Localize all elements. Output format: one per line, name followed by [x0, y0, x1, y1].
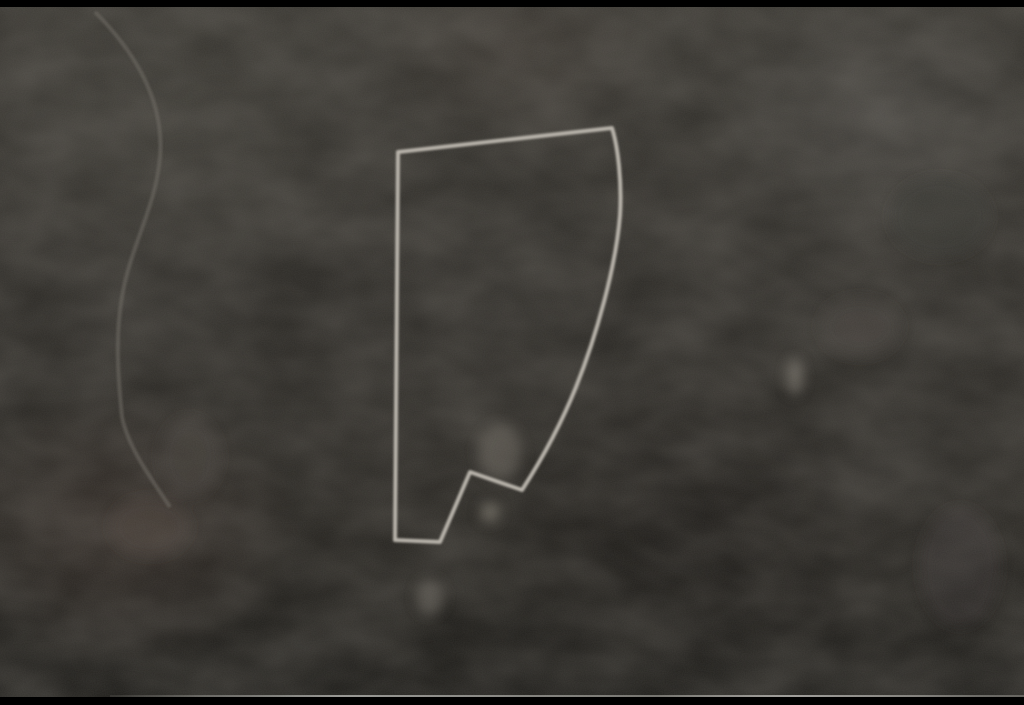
photo-canvas [0, 7, 1024, 697]
top-frame-bar [0, 0, 1024, 7]
bottom-frame-bar [0, 697, 1024, 705]
texture-grain [0, 7, 1024, 697]
dark-photograph [0, 7, 1024, 697]
